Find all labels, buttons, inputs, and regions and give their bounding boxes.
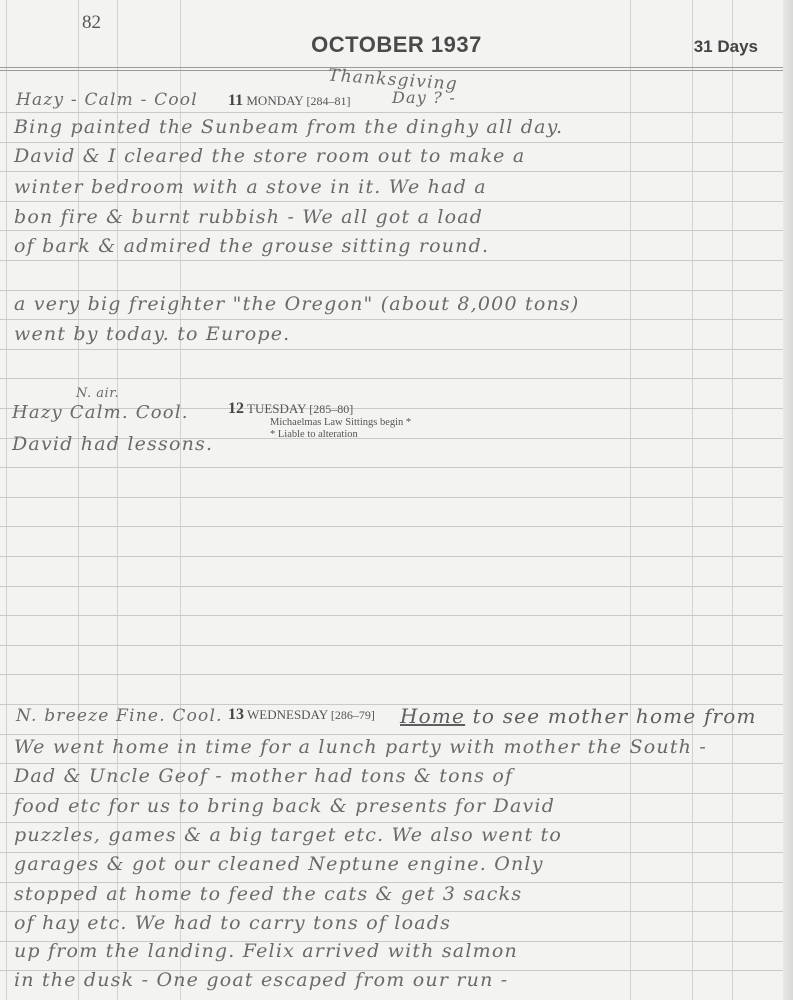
ruled-line [0,290,783,291]
day-number: 13 [228,706,244,723]
entry-line: of hay etc. We had to carry tons of load… [14,912,451,934]
day-of-year: [286–79] [331,708,375,722]
day-of-year: [285–80] [309,402,353,416]
column-rule [630,0,631,1000]
days-count: 31 Days [694,37,758,57]
ruled-line [0,497,783,498]
day-weekday: TUESDAY [247,401,306,416]
entry-line: stopped at home to feed the cats & get 3… [14,883,522,905]
diary-page: 82 OCTOBER 1937 31 Days 11 MONDAY [284–8… [0,0,793,1000]
entry-line: Dad & Uncle Geof - mother had tons & ton… [14,765,513,787]
ruled-line [0,793,783,794]
ruled-line [0,319,783,320]
entry-heading: Home to see mother home from [400,704,757,728]
entry-line: garages & got our cleaned Neptune engine… [14,853,544,875]
ruled-line [0,674,783,675]
weather-note: N. breeze Fine. Cool. [16,706,223,726]
ruled-line [0,112,783,113]
ruled-line [0,734,783,735]
ruled-line [0,586,783,587]
entry-line: winter bedroom with a stove in it. We ha… [14,176,487,198]
ruled-line [0,645,783,646]
ruled-line [0,763,783,764]
entry-line: David had lessons. [12,433,213,455]
ruled-line [0,556,783,557]
day-weekday: MONDAY [246,93,303,108]
ruled-line [0,615,783,616]
entry-line: David & I cleared the store room out to … [14,145,525,167]
column-rule [692,0,693,1000]
ruled-line [0,349,783,350]
entry-line: We went home in time for a lunch party w… [14,736,707,758]
ruled-line [0,467,783,468]
column-rule [732,0,733,1000]
printed-note: Michaelmas Law Sittings begin * [270,417,411,429]
day-number: 12 [228,400,244,417]
weather-note: Hazy Calm. Cool. [12,402,189,423]
entry-line: of bark & admired the grouse sitting rou… [14,235,489,257]
annotation-line: Day ? - [392,88,456,107]
entry-line: food etc for us to bring back & presents… [14,795,555,817]
day-header: 13 WEDNESDAY [286–79] [228,706,375,724]
page-edge [783,0,793,1000]
day-weekday: WEDNESDAY [247,707,328,722]
day-of-year: [284–81] [306,94,350,108]
entry-line: Bing painted the Sunbeam from the dinghy… [14,116,563,138]
entry-line: up from the landing. Felix arrived with … [14,940,518,962]
ruled-line [0,171,783,172]
ruled-line [0,822,783,823]
entry-line: in the dusk - One goat escaped from our … [14,969,508,991]
ruled-line [0,201,783,202]
page-number: 82 [82,12,101,34]
day-number: 11 [228,92,243,109]
entry-line: a very big freighter "the Oregon" (about… [14,293,579,315]
ruled-line [0,142,783,143]
day-header: 12 TUESDAY [285–80] [228,400,353,418]
ruled-line [0,526,783,527]
header-rule [0,67,783,68]
margin-rule [6,0,7,1000]
entry-line: puzzles, games & a big target etc. We al… [14,824,562,846]
ruled-line [0,378,783,379]
month-title: OCTOBER 1937 [0,32,793,58]
entry-line: bon fire & burnt rubbish - We all got a … [14,206,483,228]
day-header: 11 MONDAY [284–81] [228,92,350,110]
ruled-line [0,260,783,261]
entry-heading-word: Home [400,704,465,728]
weather-note: Hazy - Calm - Cool [16,90,198,110]
ruled-line [0,230,783,231]
weather-note-wind: N. air. [76,386,119,401]
entry-line: went by today. to Europe. [14,323,290,345]
printed-note: * Liable to alteration [270,429,358,441]
entry-heading-rest: to see mother home from [473,704,757,728]
